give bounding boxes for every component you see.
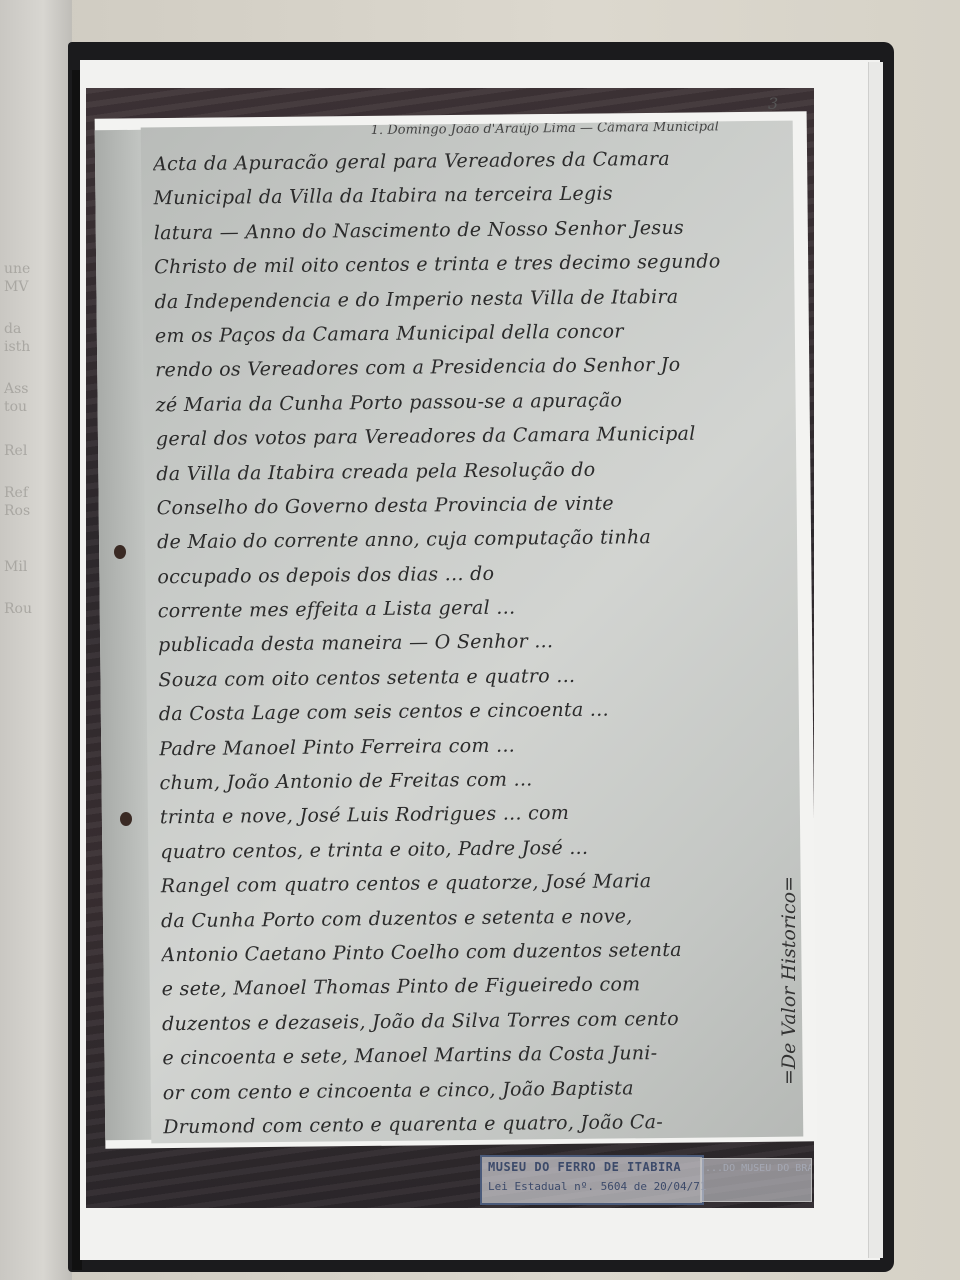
ghost-text: Ass xyxy=(4,382,28,396)
manuscript-line: geral dos votos para Vereadores da Camar… xyxy=(156,416,776,457)
stamp-line-1: MUSEU DO FERRO DE ITABIRA xyxy=(488,1160,696,1174)
ghost-text: MV xyxy=(4,280,28,294)
ghost-text: Ref xyxy=(4,486,28,500)
museum-stamp: MUSEU DO FERRO DE ITABIRA Lei Estadual n… xyxy=(480,1155,704,1205)
stamp-ghost: ...DO MUSEU DO BRASIL xyxy=(700,1158,812,1202)
ghost-text: isth xyxy=(4,340,30,354)
stamp-line-2: Lei Estadual nº. 5604 de 20/04/71 xyxy=(488,1180,696,1193)
page-number: 3 xyxy=(768,94,778,113)
manuscript-line: Drumond com cento e quarenta e quatro, J… xyxy=(163,1104,783,1144)
ghost-text: Rou xyxy=(4,602,32,616)
ghost-text: Ros xyxy=(4,504,30,518)
manuscript-page: 1. Domingo João d'Araújo Lima — Câmara M… xyxy=(141,121,804,1144)
punch-hole xyxy=(114,545,126,559)
previous-page-edge: une MV da isth Ass tou Rel Ref Ros Mil R… xyxy=(0,0,72,1280)
ghost-text: tou xyxy=(4,400,27,414)
vertical-annotation: =De Valor Historico= xyxy=(778,876,800,1085)
ghost-text: Rel xyxy=(4,444,27,458)
sheet-stack-edge xyxy=(868,62,883,1258)
ghost-text: Mil xyxy=(4,560,27,574)
ghost-text: da xyxy=(4,322,21,336)
manuscript-text: Acta da Apuracão geral para Vereadores d… xyxy=(153,141,784,1144)
ghost-text: une xyxy=(4,262,30,276)
manuscript-line: Christo de mil oito centos e trinta e tr… xyxy=(154,244,774,285)
punch-hole xyxy=(120,812,132,826)
